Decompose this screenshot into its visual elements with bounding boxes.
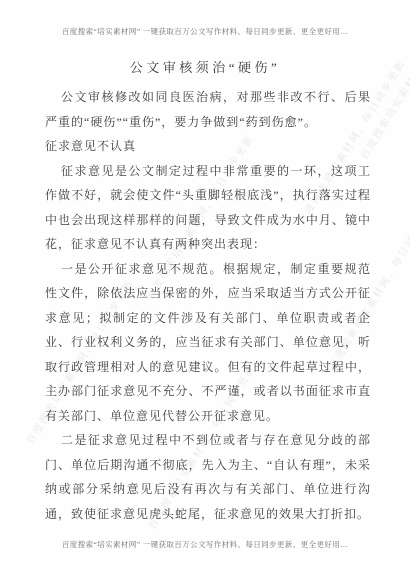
document-page: 百度搜索培实素材网，每日同步更新 百度搜索培实素材网，每日同步更新 百度搜索培实…: [0, 0, 410, 580]
paragraph: 二是征求意见过程中不到位或者与存在意见分歧的部门、单位后期沟通不彻底，先入为主、…: [45, 428, 371, 526]
page-header: 百度搜索“培实素材网” 一键获取百万公文写作材料、每日同步更新、更全更好用…: [0, 26, 410, 37]
document-body: 公文审核修改如同良医治病，对那些非改不行、后果严重的“硬伤”“重伤”，要力争做到…: [45, 85, 371, 526]
paragraph: 公文审核修改如同良医治病，对那些非改不行、后果严重的“硬伤”“重伤”，要力争做到…: [45, 85, 371, 134]
page-title: 公文审核须治“硬伤”: [0, 57, 410, 76]
paragraph: 征求意见是公文制定过程中非常重要的一环，这项工作做不好，就会使文件“头重脚轻根底…: [45, 159, 371, 257]
paragraph: 一是公开征求意见不规范。根据规定，制定重要规范性文件，除依法应当保密的外，应当采…: [45, 257, 371, 429]
section-subheading: 征求意见不认真: [45, 134, 371, 159]
page-footer: 百度搜索“培实素材网” 一键获取百万公文写作材料、每日同步更新、更全更好用…: [0, 539, 410, 550]
